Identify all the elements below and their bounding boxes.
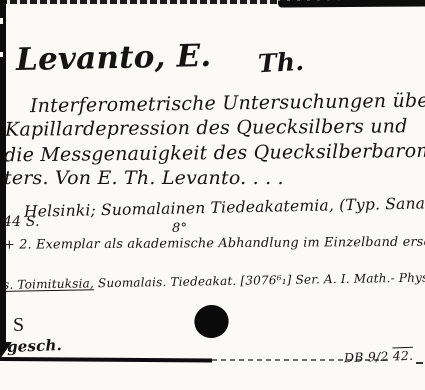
page-count: 44 S. [3, 214, 40, 230]
title-line-2: Kapillardepression des Quecksilbers und [5, 115, 408, 141]
author-heading: Levanto, E. [16, 38, 212, 78]
catalog-card: Levanto, E. Th. Interferometrische Unter… [0, 0, 425, 390]
imprint-line: Helsinki; Suomalainen Tiedeakatemia, (Ty… [24, 193, 425, 221]
scan-edge-right-tick [416, 362, 423, 364]
shelf-letter: S [13, 314, 24, 337]
processing-date-prefix: DB 9/2 [344, 349, 393, 366]
scan-edge-bottom [0, 357, 212, 362]
processing-date-overlined: 42. [392, 348, 413, 364]
book-format: 8° [172, 221, 187, 236]
scan-edge-left-notch [0, 52, 3, 57]
punch-hole [192, 303, 231, 340]
status-note: gesch. [7, 336, 63, 356]
author-initials: Th. [257, 47, 305, 78]
series-reference-rest: Suomalais. Tiedeakat. [3076⁶₁] Ser. A. I… [98, 270, 425, 290]
processing-date: DB 9/2 42. [344, 348, 414, 365]
copy-note: + 2. Exemplar als akademische Abhandlung… [4, 234, 425, 252]
title-line-3: die Messgenauigkeit des Quecksilberbarom… [4, 140, 425, 167]
scan-edge-top-smear [278, 0, 425, 8]
series-reference-underlined: s. Toimituksia, [3, 276, 94, 292]
title-line-4: ters. Von E. Th. Levanto. . . . [4, 167, 284, 189]
scan-edge-left-notch [0, 18, 3, 24]
title-line-1: Interferometrische Untersuchungen über d… [30, 89, 425, 117]
series-reference: s. Toimituksia, Suomalais. Tiedeakat. [3… [3, 270, 425, 292]
